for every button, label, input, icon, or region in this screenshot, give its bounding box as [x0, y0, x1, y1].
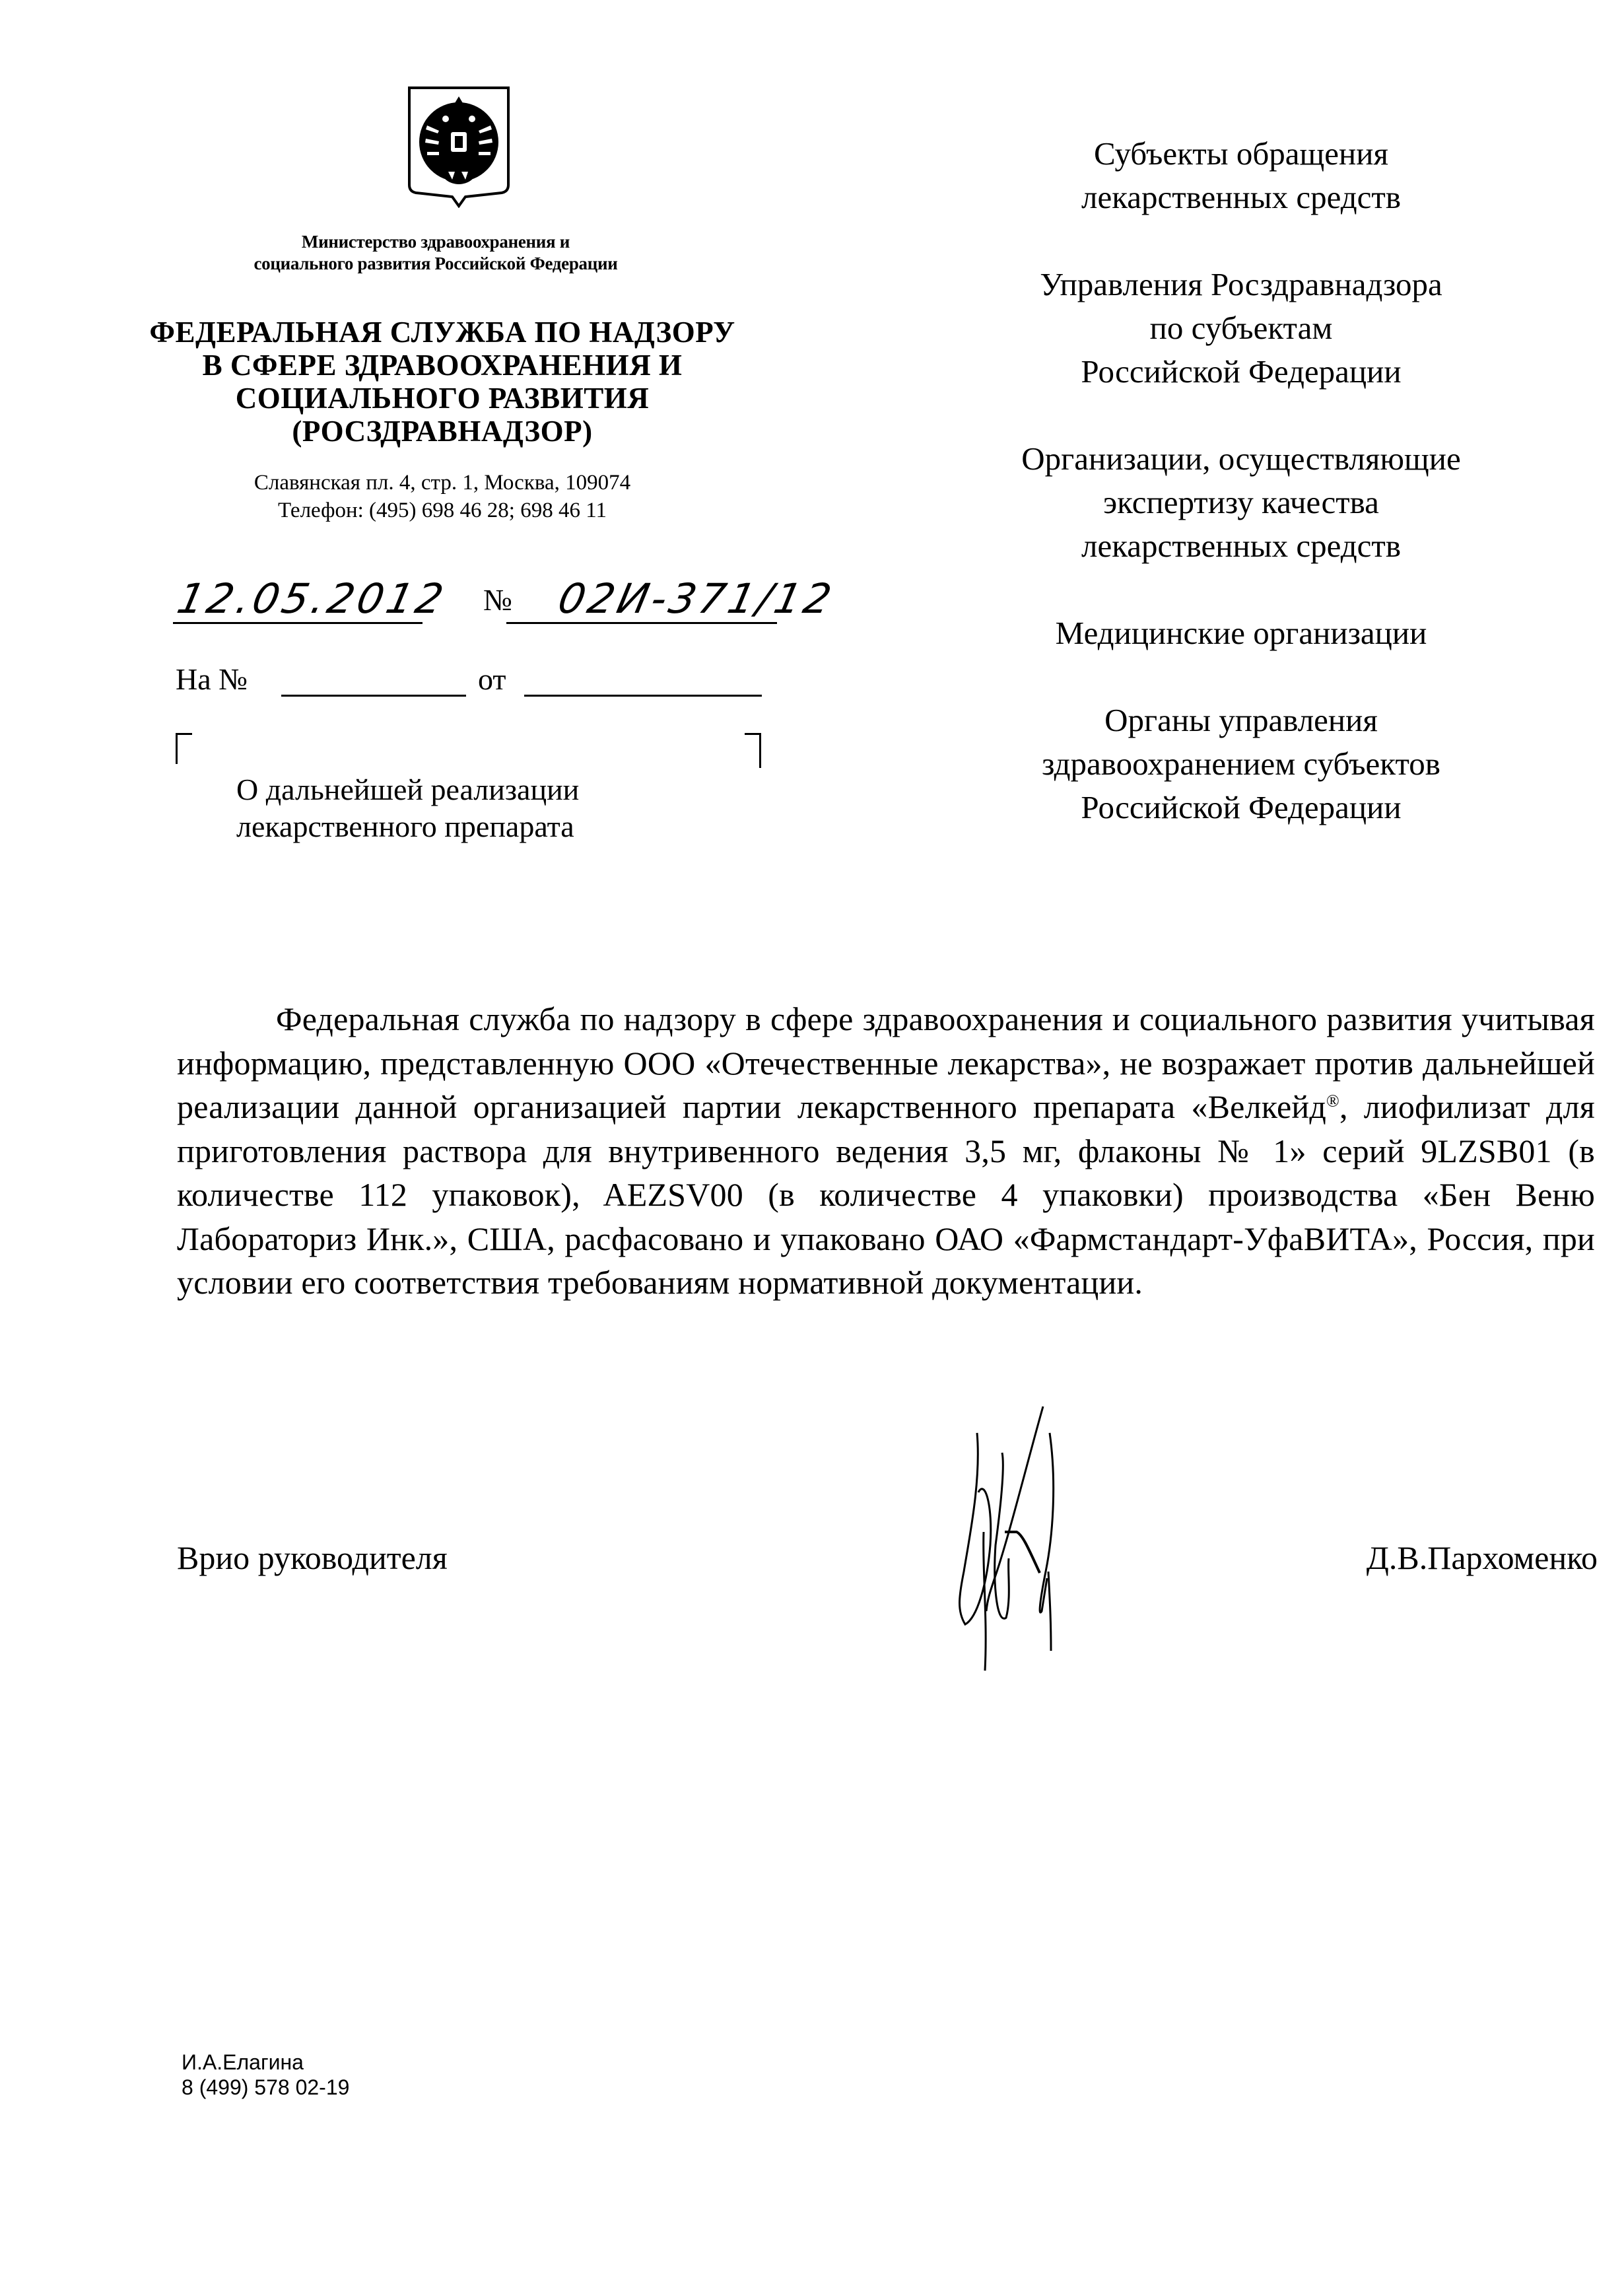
addressee-line: лекарственных средств: [944, 524, 1538, 568]
addressee-group: Медицинские организации: [944, 611, 1538, 655]
agency-line-4: (РОСЗДРАВНАДЗОР): [99, 415, 786, 448]
addressee-group: Субъекты обращения лекарственных средств: [944, 132, 1538, 219]
subject-bracket-left: [176, 733, 192, 764]
addressee-line: здравоохранением субъектов: [944, 742, 1538, 786]
date-underline: [173, 622, 423, 624]
handwritten-signature-icon: [924, 1400, 1142, 1684]
registered-trademark-mark: ®: [1326, 1091, 1339, 1110]
ministry-line-2: социального развития Российской Федераци…: [152, 253, 720, 275]
executor-phone: 8 (499) 578 02-19: [182, 2075, 349, 2100]
addressee-group: Организации, осуществляющие экспертизу к…: [944, 437, 1538, 568]
reply-number-field: [281, 695, 466, 697]
subject-bracket-right: [745, 733, 761, 768]
addressee-line: Медицинские организации: [944, 611, 1538, 655]
reply-number-label: На №: [176, 662, 248, 697]
outgoing-number: 02И-371/12: [554, 574, 838, 623]
letter-subject: О дальнейшей реализации лекарственного п…: [236, 771, 764, 845]
agency-line-1: ФЕДЕРАЛЬНАЯ СЛУЖБА ПО НАДЗОРУ: [99, 316, 786, 349]
addressee-line: Субъекты обращения: [944, 132, 1538, 176]
reply-date-label: от: [478, 662, 506, 697]
number-underline: [506, 622, 777, 624]
agency-contacts: Славянская пл. 4, стр. 1, Москва, 109074…: [152, 469, 733, 524]
number-sign: №: [483, 582, 512, 617]
reply-to-line: На № от: [176, 662, 770, 701]
ministry-line-1: Министерство здравоохранения и: [152, 231, 720, 253]
agency-name: ФЕДЕРАЛЬНАЯ СЛУЖБА ПО НАДЗОРУ В СФЕРЕ ЗД…: [99, 316, 786, 448]
ministry-name: Министерство здравоохранения и социально…: [152, 231, 720, 275]
executor-info: И.А.Елагина 8 (499) 578 02-19: [182, 2050, 349, 2100]
agency-phone: Телефон: (495) 698 46 28; 698 46 11: [152, 497, 733, 524]
agency-line-3: СОЦИАЛЬНОГО РАЗВИТИЯ: [99, 382, 786, 415]
agency-address: Славянская пл. 4, стр. 1, Москва, 109074: [152, 469, 733, 497]
executor-name: И.А.Елагина: [182, 2050, 349, 2075]
reply-date-field: [524, 695, 762, 697]
addressees-block: Субъекты обращения лекарственных средств…: [944, 132, 1538, 829]
addressee-line: Организации, осуществляющие: [944, 437, 1538, 481]
addressee-line: экспертизу качества: [944, 481, 1538, 524]
agency-line-2: В СФЕРЕ ЗДРАВООХРАНЕНИЯ И: [99, 349, 786, 382]
addressee-line: лекарственных средств: [944, 176, 1538, 219]
addressee-line: Управления Росздравнадзора: [944, 263, 1538, 306]
subject-line-2: лекарственного препарата: [236, 808, 764, 845]
letter-body: Федеральная служба по надзору в сфере зд…: [177, 997, 1595, 1305]
subject-line-1: О дальнейшей реализации: [236, 771, 764, 808]
addressee-line: по субъектам: [944, 306, 1538, 350]
signatory-name: Д.В.Пархоменко: [1327, 1539, 1598, 1577]
signatory-role: Врио руководителя: [177, 1539, 448, 1577]
addressee-line: Российской Федерации: [944, 350, 1538, 394]
outgoing-date: 12.05.2012: [173, 574, 451, 623]
outgoing-registration: 12.05.2012 № 02И-371/12: [173, 569, 800, 629]
addressee-line: Российской Федерации: [944, 786, 1538, 829]
coat-of-arms-emblem-icon: [407, 86, 510, 208]
addressee-group: Управления Росздравнадзора по субъектам …: [944, 263, 1538, 394]
addressee-group: Органы управления здравоохранением субъе…: [944, 699, 1538, 829]
addressee-line: Органы управления: [944, 699, 1538, 742]
